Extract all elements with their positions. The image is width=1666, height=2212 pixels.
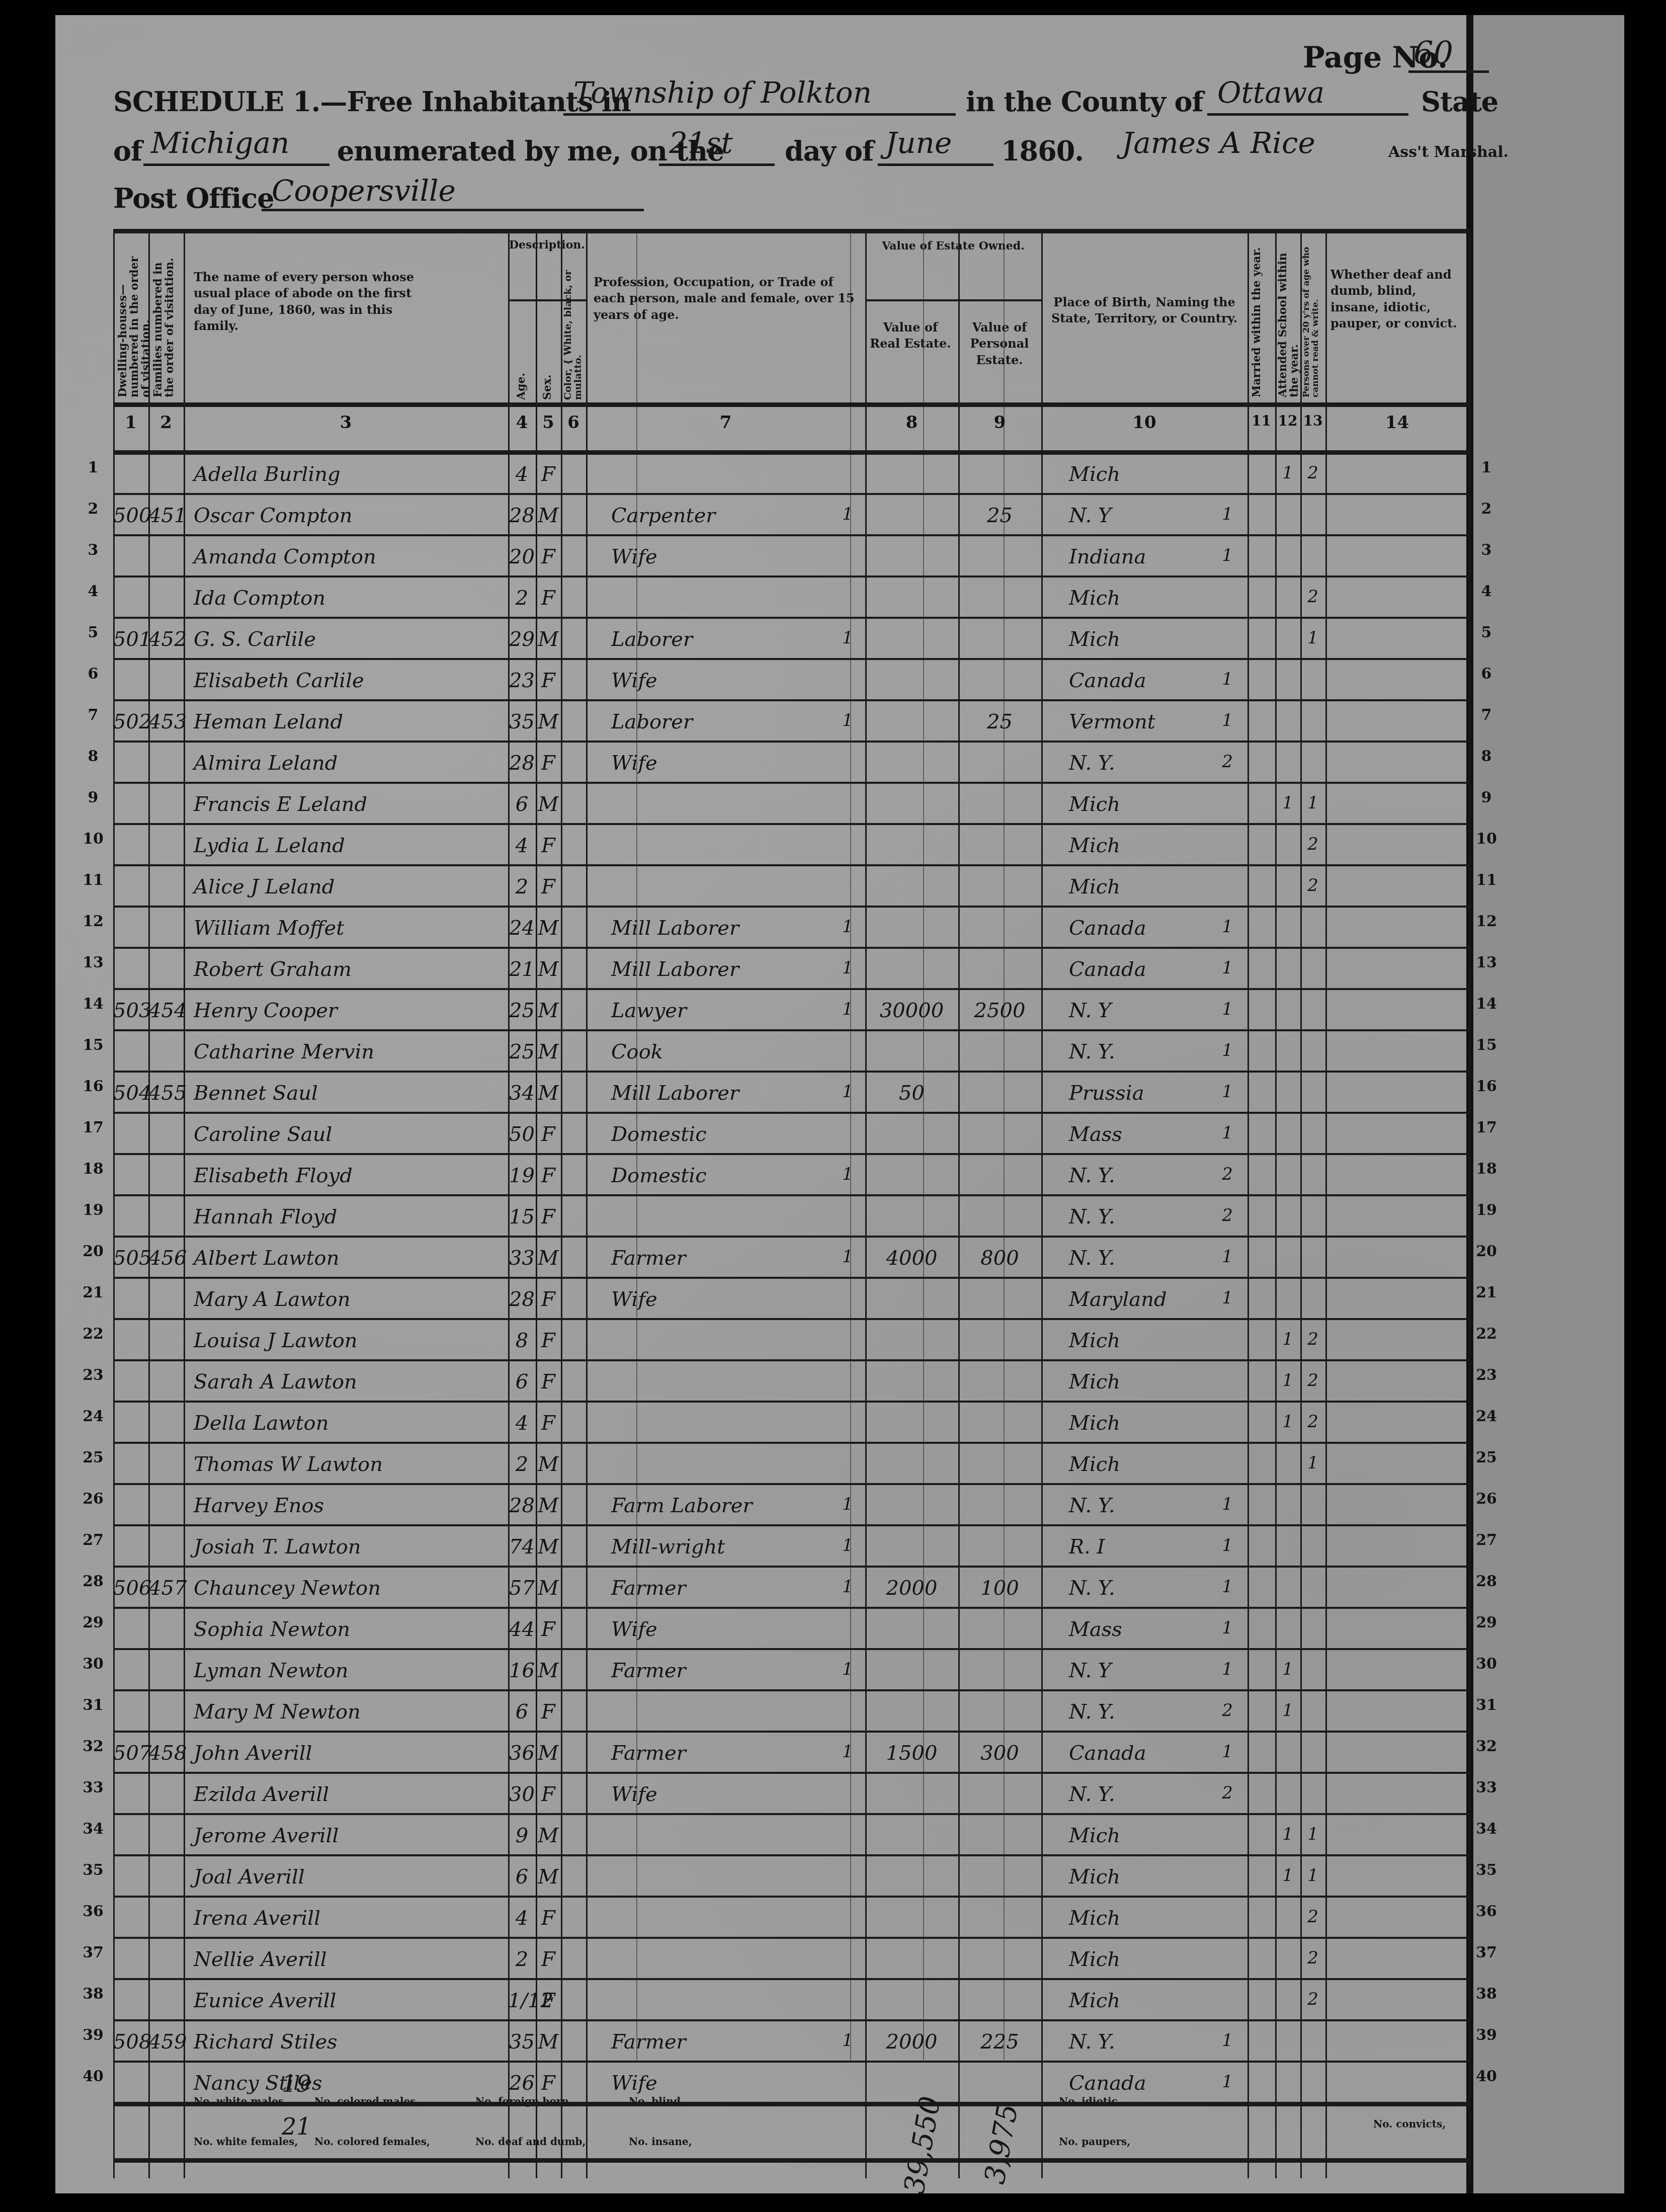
cell-school: 1 (1275, 793, 1300, 813)
line-number-right: 17 (1471, 1119, 1502, 1136)
cell-sex: F (536, 463, 561, 486)
cell-name: Harvey Enos (194, 1494, 506, 1517)
cell-occ-tick: 1 (838, 958, 858, 978)
line-number: 20 (78, 1243, 108, 1260)
table-row: Nellie Averill2FMich2 (113, 1937, 1469, 1978)
cell-occupation: Wife (611, 2072, 827, 2095)
cell-birthplace: Canada (1069, 958, 1205, 981)
cell-real-estate: 2000 (865, 1577, 958, 1600)
cell-birthplace: N. Y. (1069, 1040, 1205, 1063)
cell-birthplace: N. Y. (1069, 752, 1205, 775)
cell-bp-tick: 1 (1215, 545, 1240, 565)
line-number-right: 1 (1471, 459, 1502, 476)
table-row: Sarah A Lawton6FMich12 (113, 1359, 1469, 1401)
cell-birthplace: N. Y. (1069, 1494, 1205, 1517)
cell-age: 28 (508, 1494, 536, 1517)
cell-name: Joal Averill (194, 1865, 506, 1889)
cell-name: Della Lawton (194, 1412, 506, 1435)
cell-birthplace: Mass (1069, 1123, 1205, 1146)
line-number: 40 (78, 2068, 108, 2085)
cell-age: 34 (508, 1082, 536, 1105)
line-number: 25 (78, 1449, 108, 1466)
cell-age: 6 (508, 1370, 536, 1394)
cell-birthplace: Prussia (1069, 1082, 1205, 1105)
table-row: Lyman Newton16MFarmer1N. Y11 (113, 1648, 1469, 1689)
cell-real-estate: 4000 (865, 1247, 958, 1270)
cell-dwelling: 504 (113, 1082, 148, 1105)
cell-age: 36 (508, 1742, 536, 1765)
cell-occupation: Mill-wright (611, 1535, 827, 1559)
header-birthplace: Place of Birth, Naming the State, Territ… (1049, 294, 1240, 327)
cell-birthplace: Canada (1069, 1742, 1205, 1765)
marshal-signature: James A Rice (1122, 126, 1315, 160)
header-family: Families numbered in the order of visita… (152, 247, 183, 397)
cell-birthplace: N. Y (1069, 1659, 1205, 1682)
cell-birthplace: Mich (1069, 793, 1205, 816)
cell-age: 28 (508, 752, 536, 775)
cell-birthplace: Mich (1069, 1370, 1205, 1394)
table-row: Harvey Enos28MFarm Laborer1N. Y.1 (113, 1483, 1469, 1524)
line-number: 24 (78, 1408, 108, 1425)
line-number: 22 (78, 1325, 108, 1343)
line-number: 34 (78, 1820, 108, 1838)
column-number: 3 (184, 413, 508, 433)
cell-bp-tick: 1 (1215, 2030, 1240, 2051)
cell-sex: F (536, 545, 561, 568)
line-number-right: 32 (1471, 1738, 1502, 1755)
cell-bp-tick: 1 (1215, 1535, 1240, 1555)
cell-illiterate: 2 (1300, 1370, 1325, 1390)
line-number-right: 15 (1471, 1036, 1502, 1054)
column-number: 4 (508, 413, 536, 433)
line-number-right: 35 (1471, 1861, 1502, 1879)
state-underline (143, 163, 329, 166)
cell-occupation: Wife (611, 1288, 827, 1311)
cell-birthplace: N. Y. (1069, 1700, 1205, 1724)
cell-occupation: Carpenter (611, 504, 827, 527)
table-row: Sophia Newton44FWifeMass1 (113, 1607, 1469, 1648)
cell-age: 23 (508, 669, 536, 692)
enumeration-day: 21st (669, 126, 733, 160)
line-number-right: 13 (1471, 954, 1502, 971)
cell-age: 35 (508, 2030, 536, 2054)
cell-sex: F (536, 875, 561, 898)
cell-age: 44 (508, 1618, 536, 1641)
line-number-right: 21 (1471, 1284, 1502, 1301)
line-number-right: 6 (1471, 665, 1502, 683)
cell-birthplace: N. Y. (1069, 1164, 1205, 1187)
cell-sex: M (536, 1082, 561, 1105)
cell-birthplace: N. Y. (1069, 1577, 1205, 1600)
cell-age: 4 (508, 463, 536, 486)
line-number: 14 (78, 995, 108, 1013)
cell-bp-tick: 1 (1215, 917, 1240, 937)
table-row: 501452G. S. Carlile29MLaborer1Mich1 (113, 617, 1469, 658)
line-number: 39 (78, 2026, 108, 2044)
cell-age: 35 (508, 710, 536, 733)
cell-name: Sophia Newton (194, 1618, 506, 1641)
table-row: 505456Albert Lawton33MFarmer14000800N. Y… (113, 1236, 1469, 1277)
line-number-right: 40 (1471, 2068, 1502, 2085)
cell-birthplace: Mich (1069, 1948, 1205, 1971)
line-number: 32 (78, 1738, 108, 1755)
cell-illiterate: 1 (1300, 1865, 1325, 1886)
line-number-right: 18 (1471, 1160, 1502, 1178)
cell-family: 459 (148, 2030, 184, 2054)
cell-occupation: Laborer (611, 628, 827, 651)
cell-age: 29 (508, 628, 536, 651)
cell-real-estate: 30000 (865, 999, 958, 1022)
line-number-right: 3 (1471, 541, 1502, 559)
cell-dwelling: 503 (113, 999, 148, 1022)
footer-white-females-value: 21 (282, 2113, 311, 2140)
cell-dwelling: 507 (113, 1742, 148, 1765)
cell-school: 1 (1275, 1700, 1300, 1721)
line-number: 6 (78, 665, 108, 683)
table-row: Louisa J Lawton8FMich12 (113, 1318, 1469, 1359)
cell-school: 1 (1275, 1824, 1300, 1844)
header-occupation: Profession, Occupation, or Trade of each… (594, 274, 855, 323)
table-row: Thomas W Lawton2MMich1 (113, 1442, 1469, 1483)
line-number: 35 (78, 1861, 108, 1879)
cell-occupation: Mill Laborer (611, 917, 827, 940)
cell-birthplace: Mich (1069, 463, 1205, 486)
cell-occupation: Cook (611, 1040, 827, 1063)
cell-name: Chauncey Newton (194, 1577, 506, 1600)
line-number: 21 (78, 1284, 108, 1301)
header-color: Color, { White, black, or mulatto. (563, 264, 586, 400)
line-number: 13 (78, 954, 108, 971)
line-number-right: 19 (1471, 1201, 1502, 1219)
cell-school: 1 (1275, 1329, 1300, 1349)
month-underline (878, 163, 993, 166)
cell-sex: M (536, 628, 561, 651)
cell-birthplace: N. Y. (1069, 1247, 1205, 1270)
cell-dwelling: 508 (113, 2030, 148, 2054)
cell-bp-tick: 1 (1215, 1742, 1240, 1762)
cell-family: 455 (148, 1082, 184, 1105)
table-row: 504455Bennet Saul34MMill Laborer150Pruss… (113, 1071, 1469, 1112)
cell-occupation: Wife (611, 1618, 827, 1641)
cell-school: 1 (1275, 1412, 1300, 1432)
table-row: Joal Averill6MMich11 (113, 1854, 1469, 1896)
header-sex: Sex. (542, 314, 557, 400)
cell-age: 25 (508, 1040, 536, 1063)
cell-bp-tick: 2 (1215, 1783, 1240, 1803)
cell-occupation: Wife (611, 752, 827, 775)
header-school: Attended School within the year. (1277, 247, 1300, 397)
cell-name: Albert Lawton (194, 1247, 506, 1270)
cell-name: Heman Leland (194, 710, 506, 733)
line-number-right: 33 (1471, 1779, 1502, 1796)
line-number-right: 16 (1471, 1078, 1502, 1095)
line-number: 19 (78, 1201, 108, 1219)
cell-occupation: Farmer (611, 1247, 827, 1270)
cell-illiterate: 2 (1300, 587, 1325, 607)
cell-sex: M (536, 1742, 561, 1765)
line-number-right: 2 (1471, 500, 1502, 518)
schedule-title: SCHEDULE 1.—Free Inhabitants in (113, 86, 631, 118)
line-number: 16 (78, 1078, 108, 1095)
state-value: Michigan (151, 126, 289, 160)
line-number: 15 (78, 1036, 108, 1054)
cell-age: 4 (508, 834, 536, 857)
cell-name: Oscar Compton (194, 504, 506, 527)
line-number: 38 (78, 1985, 108, 2003)
cell-sex: M (536, 1659, 561, 1682)
line-number-right: 5 (1471, 624, 1502, 641)
cell-school: 1 (1275, 1865, 1300, 1886)
table-row: William Moffet24MMill Laborer1Canada1 (113, 906, 1469, 947)
table-row: 508459Richard Stiles35MFarmer12000225N. … (113, 2019, 1469, 2061)
line-number-right: 14 (1471, 995, 1502, 1013)
table-row: Josiah T. Lawton74MMill-wright1R. I1 (113, 1524, 1469, 1566)
line-number: 33 (78, 1779, 108, 1796)
cell-birthplace: Mich (1069, 834, 1205, 857)
cell-sex: F (536, 752, 561, 775)
cell-sex: F (536, 669, 561, 692)
cell-real-estate: 50 (865, 1082, 958, 1105)
cell-name: Josiah T. Lawton (194, 1535, 506, 1559)
footer-convicts-label: No. convicts, (1373, 2118, 1446, 2130)
cell-birthplace: Maryland (1069, 1288, 1205, 1311)
table-row: Jerome Averill9MMich11 (113, 1813, 1469, 1854)
cell-sex: M (536, 2030, 561, 2054)
cell-family: 457 (148, 1577, 184, 1600)
row-rule (865, 299, 1041, 301)
header-real-estate: Value of Real Estate. (868, 319, 953, 352)
cell-illiterate: 1 (1300, 1824, 1325, 1844)
column-number: 9 (958, 413, 1041, 433)
cell-birthplace: Mich (1069, 875, 1205, 898)
cell-occ-tick: 1 (838, 628, 858, 648)
cell-age: 28 (508, 1288, 536, 1311)
table-row: Alice J Leland2FMich2 (113, 864, 1469, 906)
line-number-right: 39 (1471, 2026, 1502, 2044)
cell-bp-tick: 1 (1215, 1040, 1240, 1060)
census-year: 1860. (1001, 135, 1084, 167)
row-rule (113, 2158, 1469, 2163)
cell-name: Elisabeth Carlile (194, 669, 506, 692)
cell-family: 453 (148, 710, 184, 733)
census-table: Dwelling-houses—numbered in the order of… (113, 229, 1469, 2178)
cell-name: Louisa J Lawton (194, 1329, 506, 1352)
line-number-right: 30 (1471, 1655, 1502, 1673)
line-number-right: 37 (1471, 1944, 1502, 1961)
cell-name: Nancy Stiles (194, 2072, 506, 2095)
column-rule (1469, 229, 1470, 2178)
table-row: Francis E Leland6MMich11 (113, 782, 1469, 823)
column-number: 7 (586, 413, 865, 433)
of-label: of (113, 135, 142, 167)
cell-bp-tick: 1 (1215, 1288, 1240, 1308)
cell-name: Eunice Averill (194, 1989, 506, 2012)
cell-illiterate: 2 (1300, 1907, 1325, 1927)
table-row: Ezilda Averill30FWifeN. Y.2 (113, 1772, 1469, 1813)
cell-occupation: Wife (611, 1783, 827, 1806)
cell-birthplace: Mich (1069, 1412, 1205, 1435)
table-row: 500451Oscar Compton28MCarpenter125N. Y1 (113, 493, 1469, 534)
column-number: 12 (1275, 413, 1300, 429)
cell-personal-estate: 25 (958, 504, 1041, 527)
cell-age: 6 (508, 1700, 536, 1724)
cell-age: 24 (508, 917, 536, 940)
cell-occupation: Farmer (611, 1742, 827, 1765)
cell-age: 6 (508, 1865, 536, 1889)
header-dwelling: Dwelling-houses—numbered in the order of… (117, 247, 147, 397)
cell-birthplace: Indiana (1069, 545, 1205, 568)
line-number-right: 9 (1471, 789, 1502, 806)
cell-bp-tick: 1 (1215, 1577, 1240, 1597)
column-number: 14 (1325, 413, 1469, 433)
cell-bp-tick: 1 (1215, 999, 1240, 1019)
cell-family: 456 (148, 1247, 184, 1270)
cell-birthplace: Canada (1069, 669, 1205, 692)
cell-occupation: Domestic (611, 1164, 827, 1187)
header-personal-estate: Value of Personal Estate. (959, 319, 1040, 368)
row-rule (508, 299, 586, 301)
cell-bp-tick: 2 (1215, 1164, 1240, 1184)
cell-occupation: Wife (611, 545, 827, 568)
cell-name: William Moffet (194, 917, 506, 940)
cell-name: Caroline Saul (194, 1123, 506, 1146)
cell-illiterate: 2 (1300, 1412, 1325, 1432)
table-row: Mary M Newton6FN. Y.21 (113, 1689, 1469, 1731)
line-number: 29 (78, 1614, 108, 1631)
header-illiterate: Persons over 20 y'rs of age who cannot r… (1302, 247, 1325, 397)
header-group-value-estate: Value of Estate Owned. (868, 239, 1039, 254)
cell-age: 26 (508, 2072, 536, 2095)
line-number-right: 24 (1471, 1408, 1502, 1425)
line-number: 9 (78, 789, 108, 806)
post-office-value: Coopersville (272, 174, 456, 208)
county-value: Ottawa (1217, 75, 1324, 110)
line-number-right: 31 (1471, 1696, 1502, 1714)
line-number: 2 (78, 500, 108, 518)
cell-birthplace: Mich (1069, 1453, 1205, 1476)
cell-occupation: Lawyer (611, 999, 827, 1022)
cell-illiterate: 2 (1300, 1989, 1325, 2009)
line-number: 37 (78, 1944, 108, 1961)
cell-birthplace: Mass (1069, 1618, 1205, 1641)
cell-sex: M (536, 999, 561, 1022)
cell-personal-estate: 100 (958, 1577, 1041, 1600)
footer-deaf-dumb-label: No. deaf and dumb, (475, 2136, 586, 2148)
table-row: 502453Heman Leland35MLaborer125Vermont1 (113, 699, 1469, 741)
table-row: Almira Leland28FWifeN. Y.2 (113, 741, 1469, 782)
cell-sex: F (536, 1164, 561, 1187)
cell-real-estate: 2000 (865, 2030, 958, 2054)
line-number-right: 27 (1471, 1531, 1502, 1549)
cell-sex: M (536, 1865, 561, 1889)
cell-sex: M (536, 958, 561, 981)
line-number: 4 (78, 583, 108, 600)
header-group-description: Description. (508, 238, 586, 253)
cell-bp-tick: 1 (1215, 1494, 1240, 1514)
line-number: 30 (78, 1655, 108, 1673)
cell-bp-tick: 1 (1215, 710, 1240, 730)
cell-sex: F (536, 1370, 561, 1394)
cell-sex: M (536, 1824, 561, 1847)
line-number-right: 22 (1471, 1325, 1502, 1343)
line-number-right: 38 (1471, 1985, 1502, 2003)
cell-illiterate: 1 (1300, 1453, 1325, 1473)
cell-bp-tick: 1 (1215, 1123, 1240, 1143)
cell-sex: M (536, 1247, 561, 1270)
cell-name: Robert Graham (194, 958, 506, 981)
cell-occupation: Farmer (611, 2030, 827, 2054)
cell-dwelling: 506 (113, 1577, 148, 1600)
column-number: 1 (113, 413, 148, 433)
table-row: Elisabeth Carlile23FWifeCanada1 (113, 658, 1469, 699)
cell-age: 33 (508, 1247, 536, 1270)
line-number-right: 11 (1471, 871, 1502, 889)
line-number-right: 8 (1471, 748, 1502, 765)
cell-occupation: Farmer (611, 1659, 827, 1682)
cell-occ-tick: 1 (838, 2030, 858, 2051)
line-number-right: 25 (1471, 1449, 1502, 1466)
cell-occ-tick: 1 (838, 1247, 858, 1267)
page-number-value: 60 (1413, 34, 1453, 71)
line-number-right: 26 (1471, 1490, 1502, 1508)
cell-school: 1 (1275, 463, 1300, 483)
cell-age: 74 (508, 1535, 536, 1559)
cell-family: 452 (148, 628, 184, 651)
enumeration-month: June (885, 126, 952, 160)
footer-insane-label: No. insane, (629, 2136, 692, 2148)
cell-sex: F (536, 1412, 561, 1435)
cell-birthplace: Mich (1069, 1824, 1205, 1847)
cell-age: 4 (508, 1412, 536, 1435)
cell-illiterate: 2 (1300, 875, 1325, 895)
cell-sex: F (536, 1907, 561, 1930)
table-row: 506457Chauncey Newton57MFarmer12000100N.… (113, 1566, 1469, 1607)
cell-personal-estate: 2500 (958, 999, 1041, 1022)
cell-illiterate: 1 (1300, 793, 1325, 813)
cell-age: 57 (508, 1577, 536, 1600)
cell-occupation: Wife (611, 669, 827, 692)
cell-sex: F (536, 1700, 561, 1724)
line-number-right: 36 (1471, 1903, 1502, 1920)
cell-age: 50 (508, 1123, 536, 1146)
marshal-label: Ass't Marshal. (1388, 143, 1509, 161)
cell-sex: F (536, 1329, 561, 1352)
cell-sex: F (536, 2072, 561, 2095)
post-office-label: Post Office (113, 182, 274, 214)
line-number-right: 34 (1471, 1820, 1502, 1838)
cell-occ-tick: 1 (838, 710, 858, 730)
cell-name: Almira Leland (194, 752, 506, 775)
cell-birthplace: Mich (1069, 628, 1205, 651)
cell-occupation: Farm Laborer (611, 1494, 827, 1517)
line-number: 26 (78, 1490, 108, 1508)
cell-sex: M (536, 1577, 561, 1600)
cell-occupation: Mill Laborer (611, 1082, 827, 1105)
line-number: 18 (78, 1160, 108, 1178)
cell-illiterate: 2 (1300, 834, 1325, 854)
cell-name: Elisabeth Floyd (194, 1164, 506, 1187)
table-row: Robert Graham21MMill Laborer1Canada1 (113, 947, 1469, 988)
line-number-right: 20 (1471, 1243, 1502, 1260)
table-row: Amanda Compton20FWifeIndiana1 (113, 534, 1469, 576)
footer-total-personal-estate: 3,975 (978, 2101, 1025, 2186)
cell-name: Jerome Averill (194, 1824, 506, 1847)
cell-bp-tick: 2 (1215, 1700, 1240, 1721)
cell-occ-tick: 1 (838, 999, 858, 1019)
day-of-label: day of (785, 135, 873, 167)
column-number: 2 (148, 413, 184, 433)
cell-personal-estate: 300 (958, 1742, 1041, 1765)
